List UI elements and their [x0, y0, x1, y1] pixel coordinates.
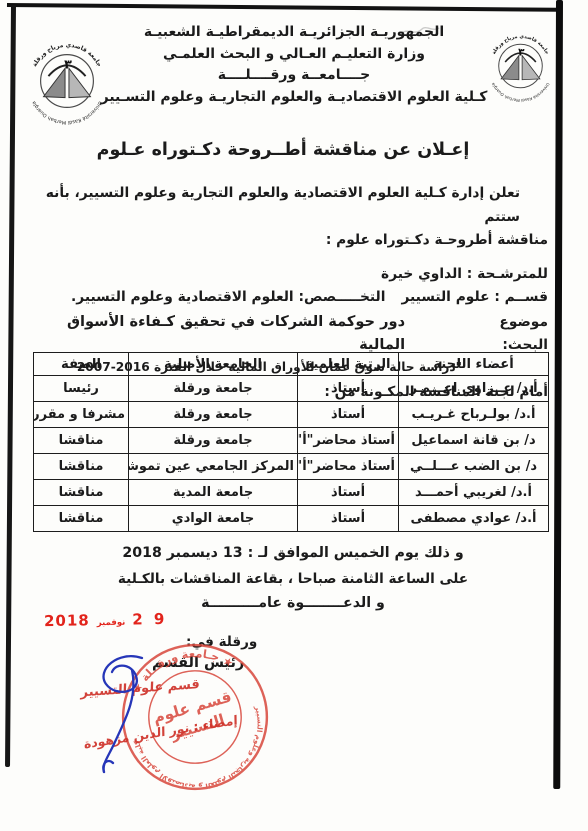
research-title: دور حوكمة الشركات في تحقيق كـفاءة الأسوا… — [40, 310, 405, 357]
member-role: مناقشا — [34, 454, 129, 480]
member-role: مشرفا و مقررا — [34, 402, 129, 428]
member-rank: أستاذ محاضر"أ" — [298, 428, 399, 454]
header-line-university: جــــامعــة ورقــــلــــة — [84, 65, 504, 87]
page: ٣ جامعة قاصدي مرباح ورقلة Université Kas… — [0, 0, 588, 831]
logo-center-glyph: ٣ — [64, 56, 72, 71]
member-role: رئيسا — [34, 376, 129, 402]
table-row: أ.د/ عــزاوي اعـــمـر أستاذ جامعة ورقلة … — [34, 376, 549, 402]
logo-center-glyph: ٣ — [518, 47, 525, 59]
member-name: د/ بن الضب عـــلــي — [399, 454, 549, 480]
member-rank: أستاذ محاضر"أ" — [298, 454, 399, 480]
speciality-label: التخـــــصص: — [298, 289, 385, 305]
header-home-university: الجامعة الأصلية — [129, 353, 298, 376]
department-pair: قســم : علوم التسيير — [401, 286, 548, 310]
candidate-name: الداوي خيرة — [381, 266, 462, 282]
member-university: جامعة المدية — [129, 480, 298, 506]
member-university: جامعة ورقلة — [129, 376, 298, 402]
intro-line-2: مناقشة أطروحـة دكـتوراه علوم : — [40, 229, 548, 253]
member-name: أ.د/ عــزاوي اعـــمـر — [399, 376, 549, 402]
candidate-line: للمترشـحة : الداوي خيرة — [40, 263, 548, 287]
header-line-ministry: وزارة التعليـم العـالي و البحث العلمـي — [84, 44, 504, 66]
member-university: المركز الجامعي عين تموشنت — [129, 454, 298, 480]
announcement-title: إعـلان عن مناقشة أطــروحة دكـتوراه عـلوم — [0, 140, 566, 160]
header-line-republic: الجمهوريـة الجزائريـة الديمقراطيـة الشعب… — [84, 22, 504, 44]
member-name: د/ بن قانة اسماعيل — [399, 428, 549, 454]
scan-frame-top — [7, 3, 558, 12]
date-stamp: 2018 نوفمبر 2 9 — [44, 610, 168, 630]
table-row: د/ بن قانة اسماعيل أستاذ محاضر"أ" جامعة … — [34, 428, 549, 454]
closing-time-line: على الساعة الثامنة صباحا ، بقاعة المناقش… — [58, 571, 528, 587]
member-role: مناقشا — [34, 480, 129, 506]
member-name: أ.د/ بولـرباح غـريـب — [399, 402, 549, 428]
speciality-value: العلوم الاقتصادية وعلوم التسيير. — [71, 289, 294, 305]
member-name: أ.د/ عوادي مصطفى — [399, 506, 549, 532]
header-committee-members: أعضاء اللجنة — [399, 353, 549, 376]
member-name: أ.د/ لغريبي أحمـــد — [399, 480, 549, 506]
member-university: جامعة الوادي — [129, 506, 298, 532]
research-subject-line: موضوع البحث: دور حوكمة الشركات في تحقيق … — [40, 310, 548, 358]
table-header-row: أعضاء اللجنة الرتبة العلمية الجامعة الأص… — [34, 353, 549, 376]
department-label: قســم : — [494, 289, 548, 305]
committee-table: أعضاء اللجنة الرتبة العلمية الجامعة الأص… — [33, 352, 549, 532]
closing-date-line: و ذلك يوم الخميس الموافق لـ : 13 ديسمبر … — [58, 545, 528, 561]
department-line: قســم : علوم التسيير التخـــــصص: العلوم… — [40, 286, 548, 310]
member-rank: أستاذ — [298, 480, 399, 506]
member-rank: أستاذ — [298, 376, 399, 402]
member-role: مناقشا — [34, 428, 129, 454]
member-rank: أستاذ — [298, 402, 399, 428]
table-row: أ.د/ لغريبي أحمـــد أستاذ جامعة المدية م… — [34, 480, 549, 506]
header-role: الصفة — [34, 353, 129, 376]
member-role: مناقشا — [34, 506, 129, 532]
closing-invitation-line: و الدعــــــــوة عامــــــــــة — [58, 595, 528, 611]
speciality-pair: التخـــــصص: العلوم الاقتصادية وعلوم الت… — [71, 286, 385, 310]
table-row: د/ بن الضب عـــلــي أستاذ محاضر"أ" المرك… — [34, 454, 549, 480]
scan-frame-right — [553, 0, 563, 789]
member-university: جامعة ورقلة — [129, 428, 298, 454]
member-university: جامعة ورقلة — [129, 402, 298, 428]
candidate-label: للمترشـحة : — [467, 266, 548, 282]
research-label: موضوع البحث: — [455, 311, 548, 358]
date-stamp-year: 2018 — [44, 611, 90, 630]
member-rank: أستاذ — [298, 506, 399, 532]
date-stamp-day: 2 9 — [132, 610, 167, 629]
signature-mark — [86, 650, 168, 782]
header-academic-rank: الرتبة العلمية — [298, 353, 399, 376]
date-stamp-month: نوفمبر — [97, 618, 126, 628]
table-row: أ.د/ بولـرباح غـريـب أستاذ جامعة ورقلة م… — [34, 402, 549, 428]
table-row: أ.د/ عوادي مصطفى أستاذ جامعة الوادي مناق… — [34, 506, 549, 532]
scan-frame-left — [5, 5, 16, 767]
intro-line-1: تعلن إدارة كـلية العلوم الاقتصادية والعل… — [40, 182, 548, 229]
header-line-faculty: كـلية العلوم الاقتصاديـة والعلوم التجاري… — [84, 87, 504, 109]
document-header: الجمهوريـة الجزائريـة الديمقراطيـة الشعب… — [84, 22, 504, 108]
department-value: علوم التسيير — [401, 289, 489, 305]
